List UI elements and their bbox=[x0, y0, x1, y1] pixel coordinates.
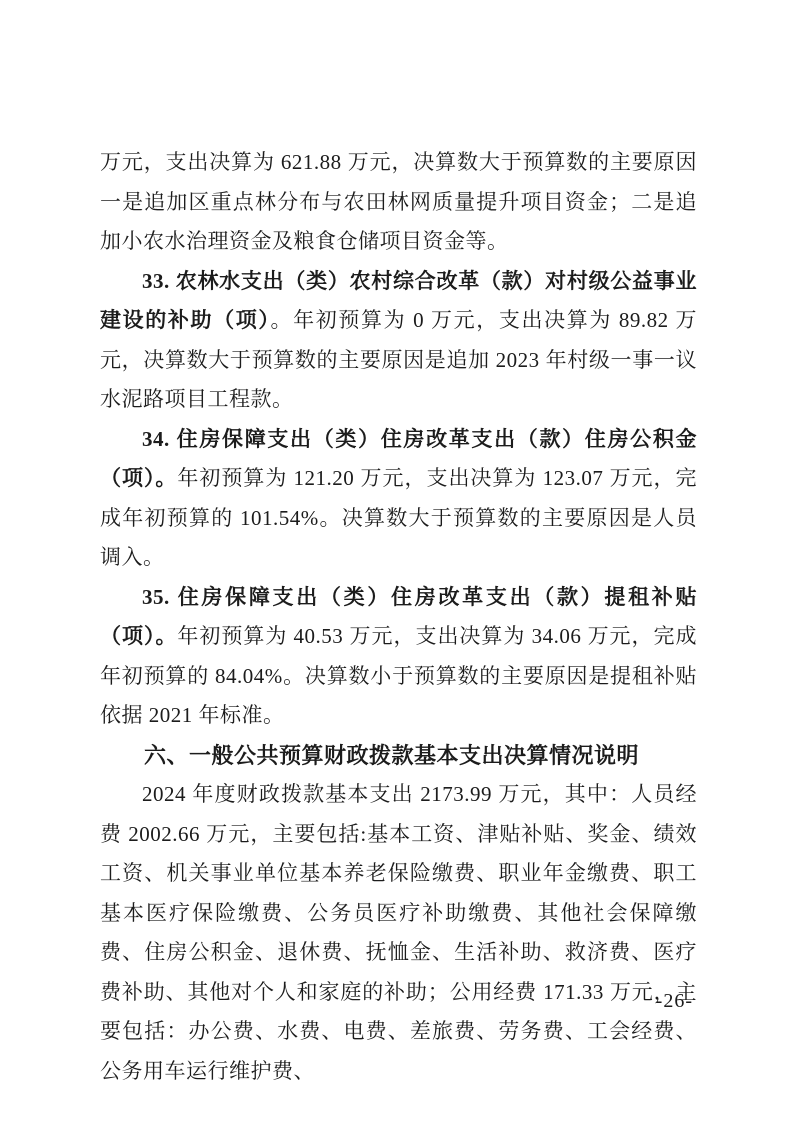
paragraph-34: 34. 住房保障支出（类）住房改革支出（款）住房公积金（项）。年初预算为 121… bbox=[100, 420, 697, 578]
section-heading-basic-expenditure: 六、一般公共预算财政拨款基本支出决算情况说明 bbox=[100, 736, 697, 776]
paragraph-35: 35. 住房保障支出（类）住房改革支出（款）提租补贴（项）。年初预算为 40.5… bbox=[100, 578, 697, 736]
paragraph-35-body-text: 年初预算为 40.53 万元，支出决算为 34.06 万元，完成年初预算的 84… bbox=[100, 624, 697, 727]
paragraph-34-body-text: 年初预算为 121.20 万元，支出决算为 123.07 万元，完成年初预算的 … bbox=[100, 466, 697, 569]
document-page: 万元，支出决算为 621.88 万元，决算数大于预算数的主要原因一是追加区重点林… bbox=[0, 0, 793, 1122]
document-body: 万元，支出决算为 621.88 万元，决算数大于预算数的主要原因一是追加区重点林… bbox=[100, 143, 697, 1091]
paragraph-33: 33. 农林水支出（类）农村综合改革（款）对村级公益事业建设的补助（项）。年初预… bbox=[100, 262, 697, 420]
page-number: -26- bbox=[656, 988, 693, 1014]
paragraph-basic-expenditure-text: 2024 年度财政拨款基本支出 2173.99 万元，其中：人员经费 2002.… bbox=[100, 782, 697, 1083]
paragraph-32-continuation: 万元，支出决算为 621.88 万元，决算数大于预算数的主要原因一是追加区重点林… bbox=[100, 143, 697, 262]
paragraph-32-continuation-text: 万元，支出决算为 621.88 万元，决算数大于预算数的主要原因一是追加区重点林… bbox=[100, 150, 697, 253]
paragraph-basic-expenditure: 2024 年度财政拨款基本支出 2173.99 万元，其中：人员经费 2002.… bbox=[100, 775, 697, 1091]
